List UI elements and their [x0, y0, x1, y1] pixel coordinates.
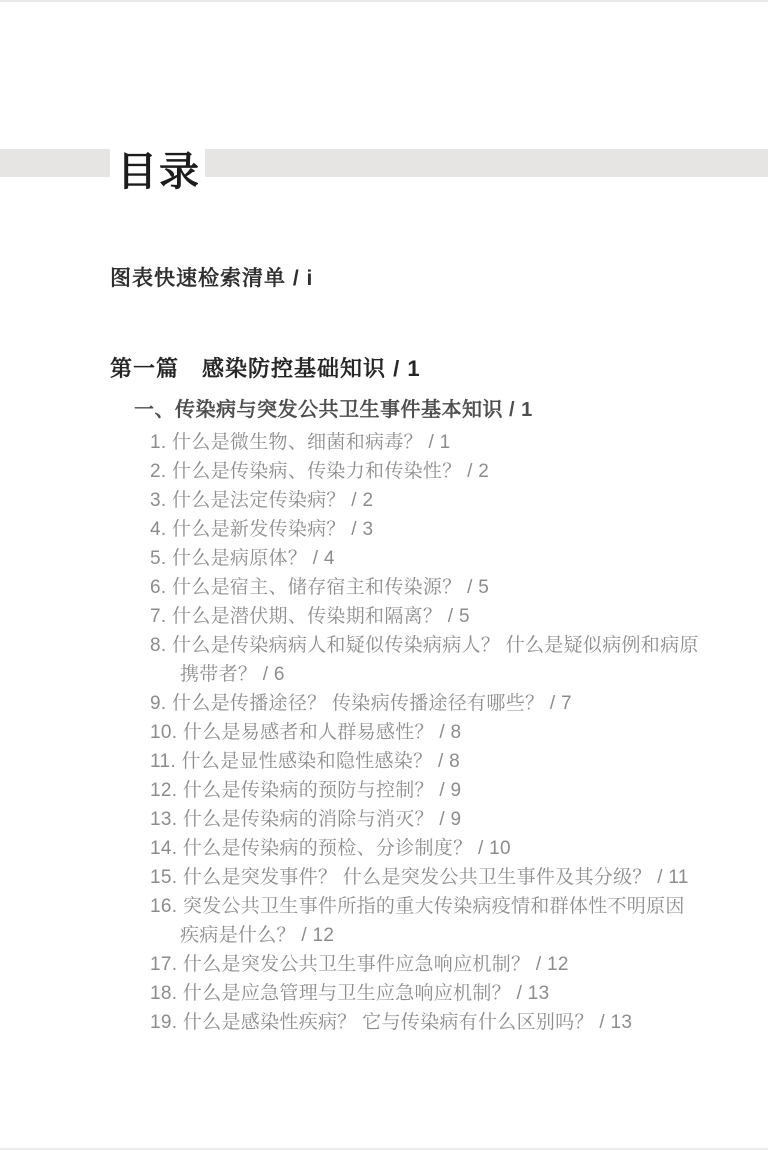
toc-page: 目录 图表快速检索清单 / i 第一篇 感染防控基础知识 / 1 一、传染病与突… [0, 0, 768, 1150]
toc-item: 5. 什么是病原体？ / 4 [150, 544, 750, 573]
toc-item: 12. 什么是传染病的预防与控制？ / 9 [150, 776, 750, 805]
page-title: 目录 [117, 151, 201, 193]
toc-item: 9. 什么是传播途径？ 传染病传播途径有哪些？ / 7 [150, 689, 750, 718]
toc-item: 14. 什么是传染病的预检、分诊制度？ / 10 [150, 834, 750, 863]
toc-item: 19. 什么是感染性疾病？ 它与传染病有什么区别吗？ / 13 [150, 1008, 750, 1037]
toc-item: 7. 什么是潜伏期、传染期和隔离？ / 5 [150, 602, 750, 631]
toc-item: 3. 什么是法定传染病？ / 2 [150, 486, 750, 515]
header-rule-right [205, 149, 768, 177]
toc-item: 13. 什么是传染病的消除与消灭？ / 9 [150, 805, 750, 834]
toc-item: 2. 什么是传染病、传染力和传染性？ / 2 [150, 457, 750, 486]
toc-item: 4. 什么是新发传染病？ / 3 [150, 515, 750, 544]
toc-item: 18. 什么是应急管理与卫生应急响应机制？ / 13 [150, 979, 750, 1008]
toc-item-list: 1. 什么是微生物、细菌和病毒？ / 1 2. 什么是传染病、传染力和传染性？ … [150, 428, 750, 1037]
toc-item: 8. 什么是传染病病人和疑似传染病病人？ 什么是疑似病例和病原 携带者？ / 6 [150, 631, 750, 689]
header-rule-left [0, 149, 110, 177]
section-heading: 一、传染病与突发公共卫生事件基本知识 / 1 [134, 393, 533, 422]
toc-item: 15. 什么是突发事件？ 什么是突发公共卫生事件及其分级？ / 11 [150, 863, 750, 892]
part-heading: 第一篇 感染防控基础知识 / 1 [110, 352, 421, 383]
toc-item: 17. 什么是突发公共卫生事件应急响应机制？ / 12 [150, 950, 750, 979]
toc-item: 6. 什么是宿主、储存宿主和传染源？ / 5 [150, 573, 750, 602]
toc-item: 1. 什么是微生物、细菌和病毒？ / 1 [150, 428, 750, 457]
toc-item: 11. 什么是显性感染和隐性感染？ / 8 [150, 747, 750, 776]
toc-item: 10. 什么是易感者和人群易感性？ / 8 [150, 718, 750, 747]
quick-index-entry: 图表快速检索清单 / i [110, 262, 313, 292]
toc-item: 16. 突发公共卫生事件所指的重大传染病疫情和群体性不明原因 疾病是什么？ / … [150, 892, 750, 950]
